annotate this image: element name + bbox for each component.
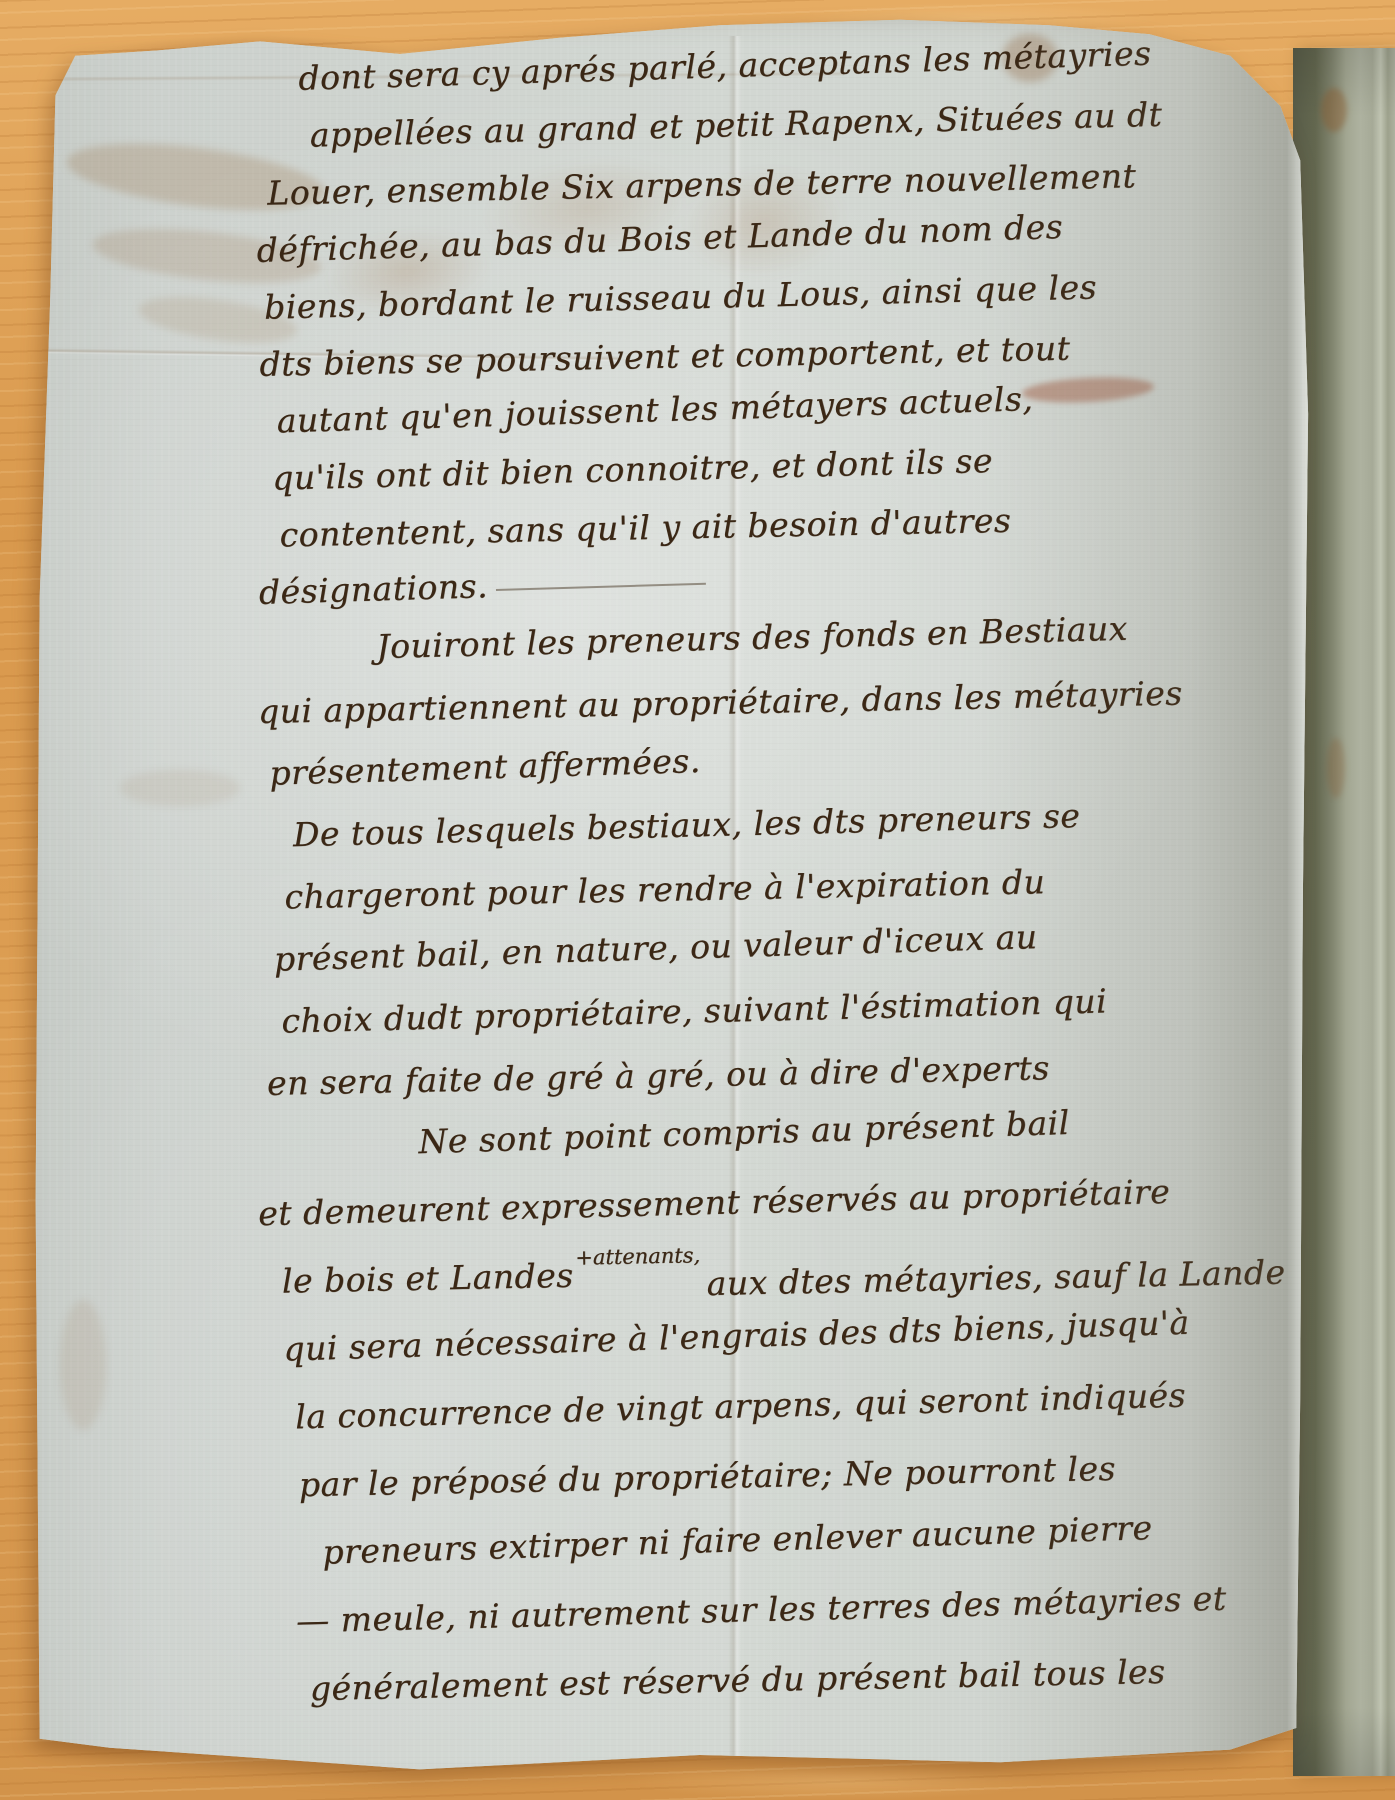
- rust-stain: [1327, 738, 1345, 798]
- rust-stain: [1321, 88, 1347, 132]
- manuscript-page: dont sera cy aprés parlé, acceptans les …: [0, 0, 1320, 1800]
- page-edge-shading: [0, 0, 1320, 1800]
- manuscript-sheet: dont sera cy aprés parlé, acceptans les …: [0, 0, 1320, 1800]
